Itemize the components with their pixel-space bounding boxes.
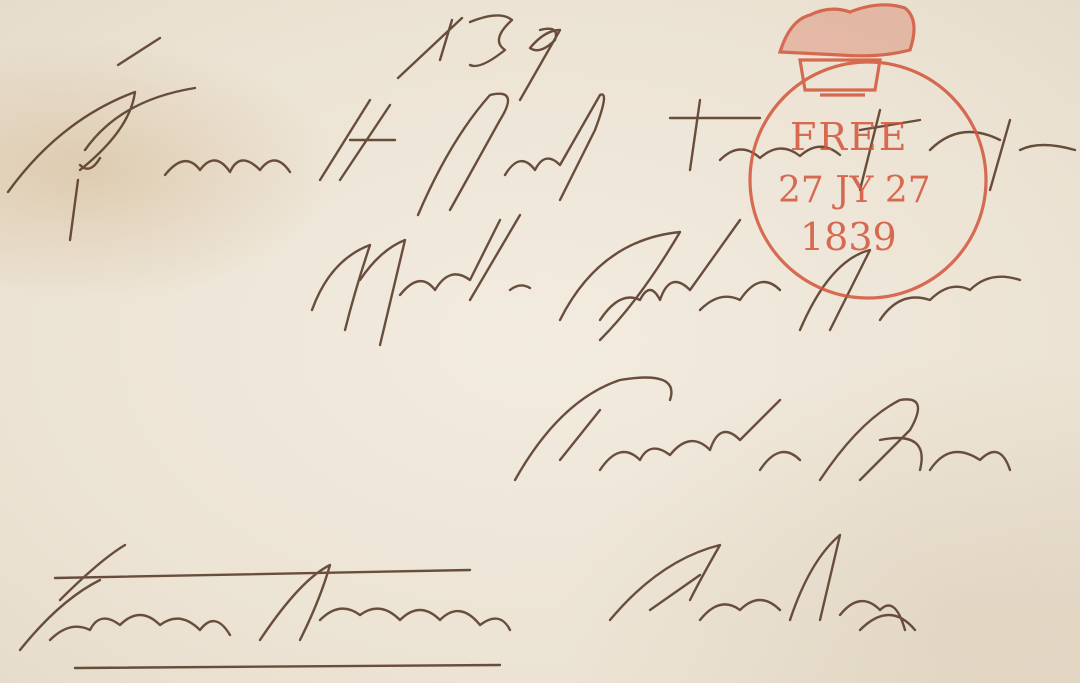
letter-cover: FREE 27 JY 27 1839 1 1839 Plymouth, July… <box>0 0 1080 683</box>
postmark-date-text: 27 JY 27 <box>778 170 931 211</box>
